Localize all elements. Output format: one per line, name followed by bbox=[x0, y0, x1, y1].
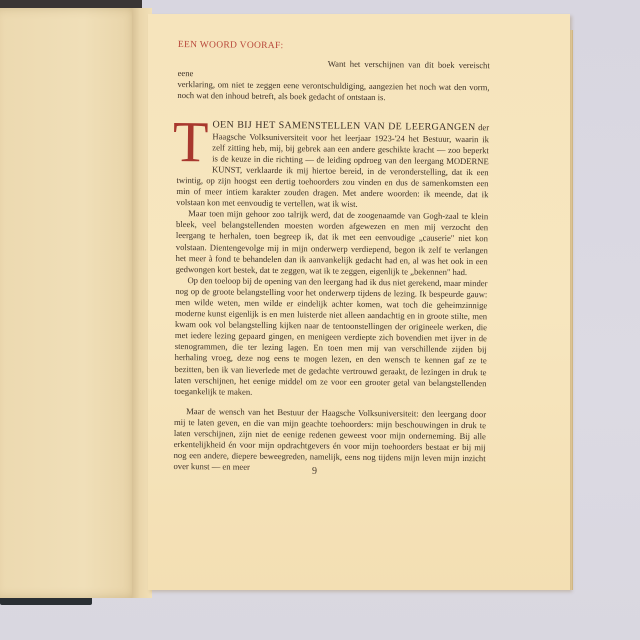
book-cover-bottom-edge bbox=[0, 598, 92, 605]
intro-line-1: Want het verschijnen van dit boek vereis… bbox=[178, 57, 490, 82]
paragraph-2: Maar toen mijn gehoor zoo talrijk werd, … bbox=[176, 208, 489, 278]
drop-cap-initial: T bbox=[173, 119, 209, 171]
paragraph-1: OEN BIJ HET SAMENSTELLEN VAN DE LEERGANG… bbox=[176, 119, 489, 211]
paragraph-4: Maar de wensch van het Bestuur der Haags… bbox=[173, 406, 486, 476]
chapter-body: T OEN BIJ HET SAMENSTELLEN VAN DE LEERGA… bbox=[173, 119, 489, 475]
right-page: EEN WOORD VOORAF: Want het verschijnen v… bbox=[148, 14, 570, 590]
paragraph-3: Op den toeloop bij de opening van den le… bbox=[174, 275, 487, 400]
paragraph-1-text: der Haagsche Volksuniversiteit voor het … bbox=[176, 123, 489, 209]
page-text-block: EEN WOORD VOORAF: Want het verschijnen v… bbox=[173, 40, 490, 476]
section-heading: EEN WOORD VOORAF: bbox=[178, 40, 490, 54]
intro-paragraph: Want het verschijnen van dit boek vereis… bbox=[177, 57, 489, 105]
page-number: 9 bbox=[312, 466, 317, 477]
left-page bbox=[0, 8, 140, 598]
intro-line-2: verklaring, om niet te zeggen eene veron… bbox=[177, 79, 489, 104]
